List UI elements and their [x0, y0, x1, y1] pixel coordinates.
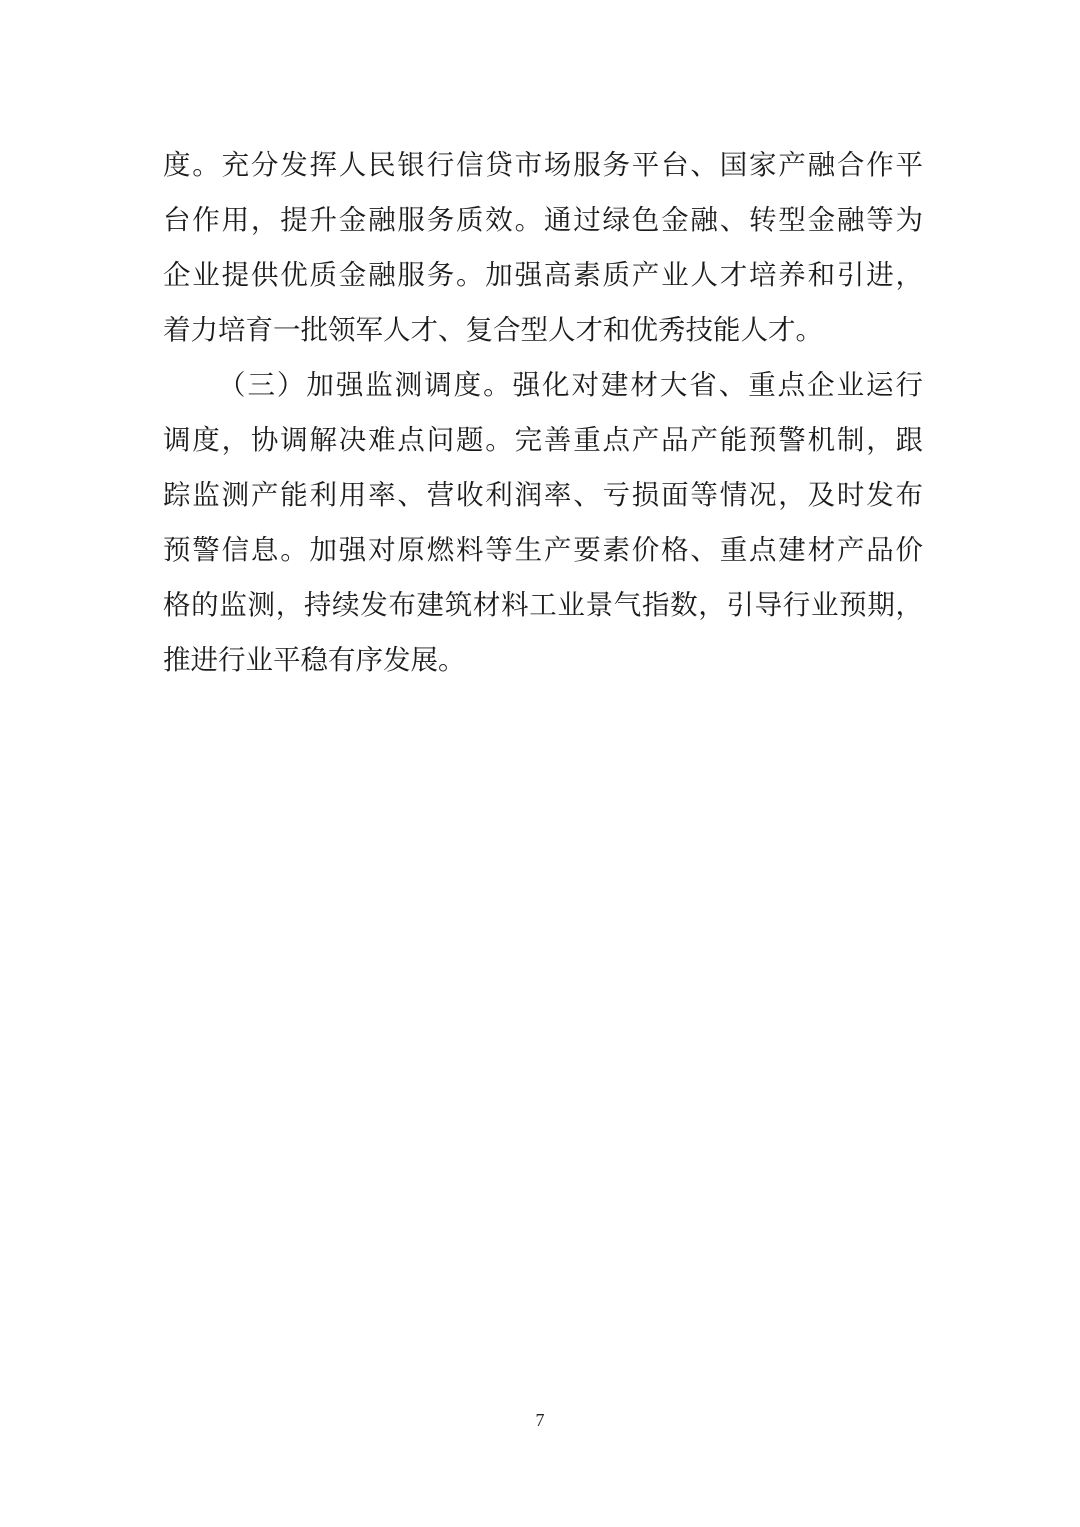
paragraph-finance-talent: 度。充分发挥人民银行信贷市场服务平台、国家产融合作平 台作用，提升金融服务质效。… — [163, 138, 923, 358]
text-line: 踪监测产能利用率、营收利润率、亏损面等情况，及时发布 — [163, 468, 923, 523]
paragraph-monitoring: （三）加强监测调度。强化对建材大省、重点企业运行 调度，协调解决难点问题。完善重… — [163, 358, 923, 688]
section-heading-line: （三）加强监测调度。强化对建材大省、重点企业运行 — [163, 358, 923, 413]
page-number: 7 — [0, 1410, 1080, 1431]
document-page: 度。充分发挥人民银行信贷市场服务平台、国家产融合作平 台作用，提升金融服务质效。… — [0, 0, 1080, 1527]
text-line: 预警信息。加强对原燃料等生产要素价格、重点建材产品价 — [163, 523, 923, 578]
text-line: 度。充分发挥人民银行信贷市场服务平台、国家产融合作平 — [163, 138, 923, 193]
body-text: 度。充分发挥人民银行信贷市场服务平台、国家产融合作平 台作用，提升金融服务质效。… — [163, 138, 923, 688]
text-line: 着力培育一批领军人才、复合型人才和优秀技能人才。 — [163, 303, 923, 358]
text-line: 格的监测，持续发布建筑材料工业景气指数，引导行业预期， — [163, 578, 923, 633]
text-line: 台作用，提升金融服务质效。通过绿色金融、转型金融等为 — [163, 193, 923, 248]
text-line: 企业提供优质金融服务。加强高素质产业人才培养和引进， — [163, 248, 923, 303]
text-line: 调度，协调解决难点问题。完善重点产品产能预警机制，跟 — [163, 413, 923, 468]
text-line: 推进行业平稳有序发展。 — [163, 633, 923, 688]
